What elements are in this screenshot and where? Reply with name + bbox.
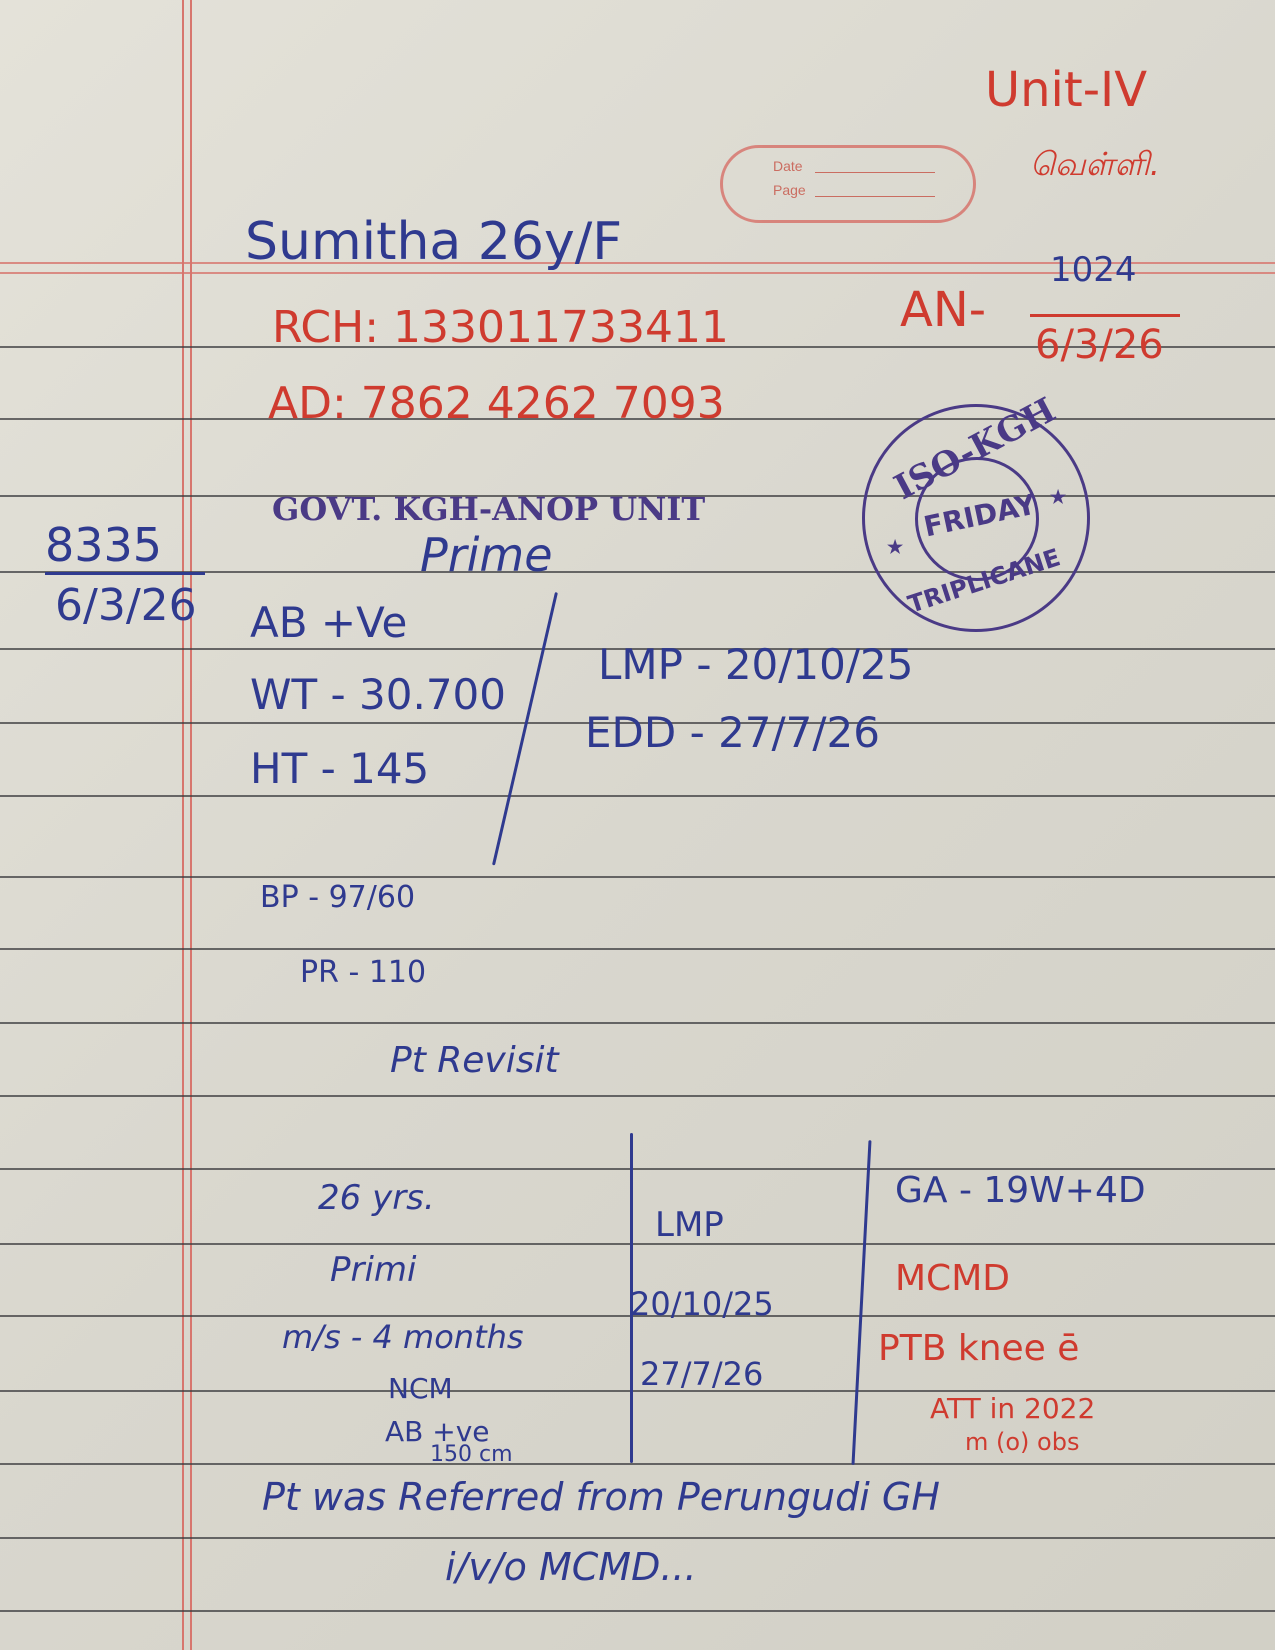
page-label: Page [773,182,806,198]
history-lmp-label: LMP [655,1205,724,1245]
an-prefix: AN- [900,282,986,338]
date-page-box: Date Page [720,145,976,223]
history-age: 26 yrs. [318,1178,435,1218]
referral-note-line2: i/v/o MCMD... [445,1545,697,1589]
prime-status: Prime [420,528,553,582]
unit-stamp: GOVT. KGH-ANOP UNIT [272,490,705,528]
history-ncm: NCM [388,1372,453,1405]
day-tamil: வெள்ளி. [1030,145,1160,187]
an-fraction-line [1030,314,1180,317]
lmp-date: LMP - 20/10/25 [598,640,913,689]
history-parity: Primi [330,1250,417,1290]
ruled-line [0,1095,1275,1097]
star-icon: ★ [887,537,903,558]
an-date: 6/3/26 [1035,322,1164,368]
aadhaar-number: AD: 7862 4262 7093 [268,378,725,429]
star-icon: ★ [1050,487,1066,508]
ruled-line [0,876,1275,878]
diagnosis-att: ATT in 2022 [930,1392,1095,1425]
referral-note-line1: Pt was Referred from Perungudi GH [262,1475,940,1519]
ruled-line [0,948,1275,950]
page-line [815,196,935,197]
height: HT - 145 [250,744,429,793]
blood-pressure: BP - 97/60 [260,880,415,915]
ruled-line [0,1537,1275,1539]
diagnosis-obs: m (o) obs [965,1428,1079,1456]
margin-line [182,0,184,1650]
diagnosis-mcmd: MCMD [895,1258,1010,1299]
history-married-life: m/s - 4 months [282,1318,524,1356]
diagnosis-ptb: PTB knee ē [878,1328,1079,1369]
op-fraction-line [45,572,205,575]
history-edd-date: 27/7/26 [640,1355,763,1393]
patient-name: Sumitha 26y/F [245,212,622,272]
ruled-line [0,1463,1275,1465]
history-height: 150 cm [430,1442,513,1467]
gestational-age: GA - 19W+4D [895,1170,1146,1211]
margin-line [190,0,192,1650]
date-line [815,172,935,173]
rch-number: RCH: 133011733411 [272,302,729,353]
date-label: Date [773,158,803,174]
ruled-line [0,795,1275,797]
ruled-line [0,1610,1275,1612]
ruled-line [0,1022,1275,1024]
unit-label: Unit-IV [985,62,1147,118]
weight: WT - 30.700 [250,670,506,719]
op-date: 6/3/26 [55,580,197,631]
op-number: 8335 [45,518,162,572]
history-lmp-date: 20/10/25 [630,1285,774,1323]
ruled-line [0,1243,1275,1245]
blood-group: AB +Ve [250,598,407,647]
edd-date: EDD - 27/7/26 [585,708,880,757]
pulse-rate: PR - 110 [300,955,426,990]
an-numerator: 1024 [1050,250,1137,290]
complaint: Pt Revisit [390,1040,559,1081]
iso-kgh-stamp: ISO-KGH FRIDAY TRIPLICANE ★ ★ [862,404,1090,632]
